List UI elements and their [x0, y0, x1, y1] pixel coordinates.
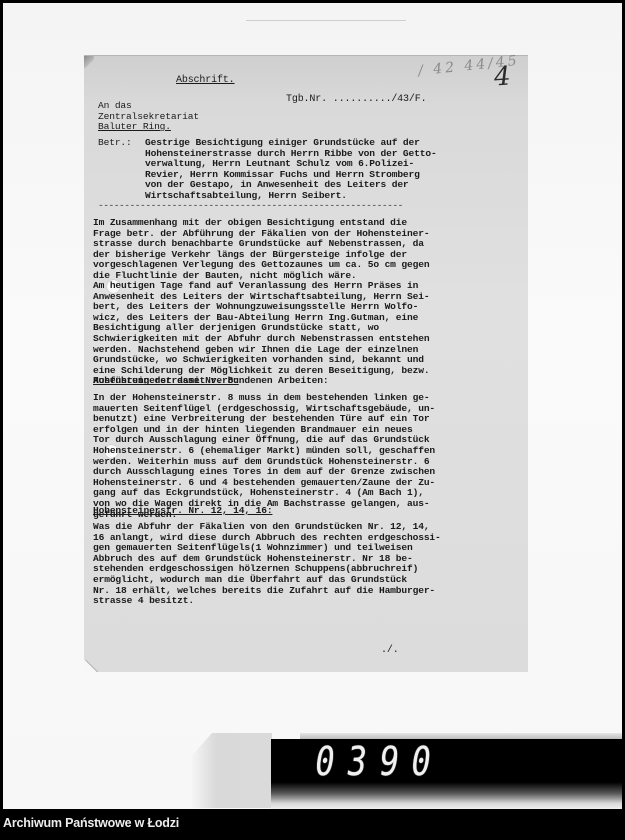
section-2-body: Was die Abfuhr der Fäkalien von den Grun…	[93, 522, 441, 607]
paragraph-1: Im Zusammenhang mit der obigen Besichtig…	[93, 218, 429, 282]
section-1-body: In der Hohensteinerstr. 8 muss in dem be…	[93, 393, 435, 520]
document-title-text: Abschrift.	[176, 75, 235, 86]
text-line: Schwierigkeiten mit der Abfuhr durch Neb…	[93, 334, 429, 345]
text-line: Was die Abfuhr der Fäkalien von den Grun…	[93, 522, 441, 533]
folded-corner-top	[84, 56, 94, 68]
section-2-heading: Hohensteinerstr. Nr. 12, 14, 16:	[93, 506, 272, 517]
paragraph-2: Am heutigen Tage fand auf Veranlassung d…	[93, 281, 429, 387]
subject-label: Betr.:	[98, 138, 132, 149]
section-2-heading-text: Hohensteinerstr. Nr. 12, 14, 16:	[93, 505, 272, 516]
recipient-line: An das	[98, 101, 199, 112]
reference-number: Tgb.Nr. ........../43/F.	[286, 95, 426, 106]
recipient-line: Baluter Ring.	[98, 122, 199, 133]
scan-top-rule	[246, 20, 406, 21]
text-line: strasse 4 besitzt.	[93, 596, 441, 607]
text-line: In der Hohensteinerstr. 8 muss in dem be…	[93, 393, 435, 404]
text-line: Im Zusammenhang mit der obigen Besichtig…	[93, 218, 429, 229]
text-line: ermöglicht, wodurch man die Überfahrt au…	[93, 575, 441, 586]
subject-text: Gestrige Besichtigung einiger Grundstück…	[145, 138, 437, 202]
subject-line: Gestrige Besichtigung einiger Grundstück…	[145, 138, 437, 149]
section-1-heading-text: Hohensteinerstrasse Nr. 8:	[93, 375, 239, 386]
document-title: Abschrift.	[176, 76, 235, 87]
continuation-mark: ./.	[381, 646, 399, 657]
text-line: Hohensteinerstr. 6 (ehemaliger Markt) mü…	[93, 446, 435, 457]
counter-shadow	[192, 733, 272, 808]
folded-corner-bottom	[84, 660, 100, 672]
text-line: Am heutigen Tage fand auf Veranlassung d…	[93, 281, 429, 292]
section-1-heading: Hohensteinerstrasse Nr. 8:	[93, 376, 239, 387]
archive-name: Archiwum Państwowe w Łodzi	[3, 816, 179, 830]
frame-counter-digits: 0390	[312, 742, 446, 782]
handwritten-mark: 4	[493, 61, 512, 92]
separator-line: ----------------------------------------…	[98, 201, 403, 212]
recipient-block: An dasZentralsekretariatBaluter Ring.	[98, 101, 199, 133]
archive-footer: Archiwum Państwowe w Łodzi	[0, 809, 625, 840]
